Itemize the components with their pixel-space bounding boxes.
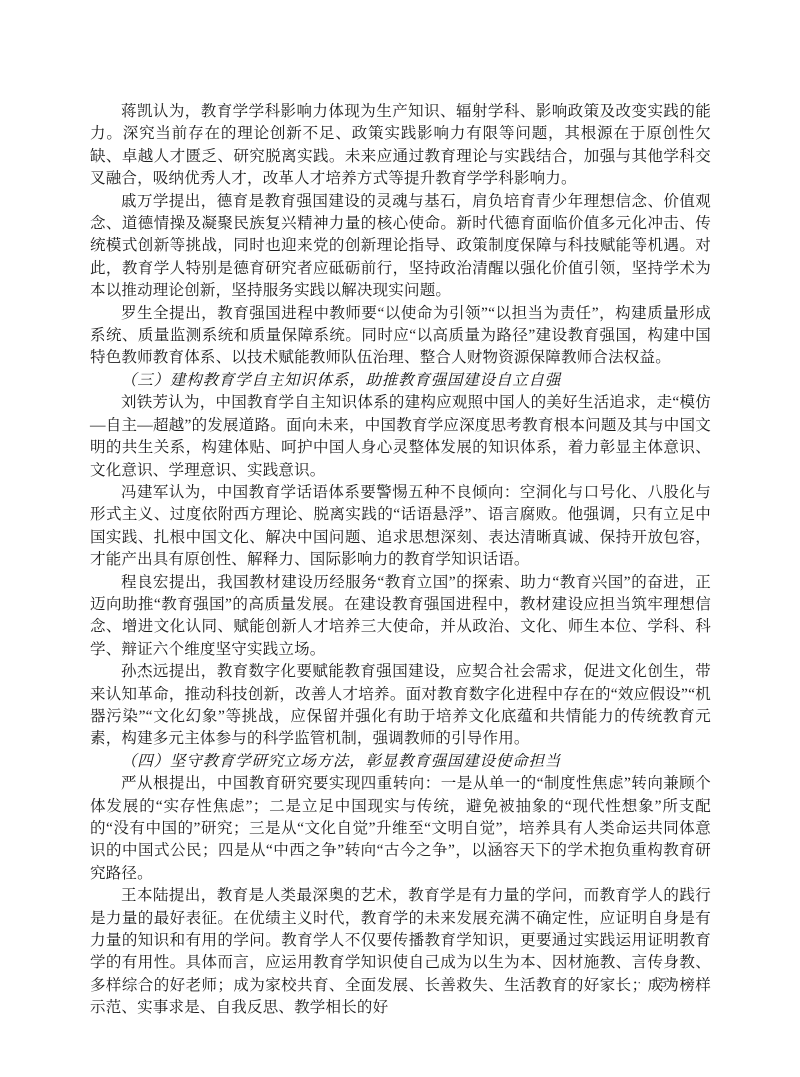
paragraph: 刘铁芳认为，中国教育学自主知识体系的建构应观照中国人的美好生活追求，走“模仿—自…: [90, 392, 711, 482]
paragraph: 蒋凯认为，教育学学科影响力体现为生产知识、辐射学科、影响政策及改变实践的能力。深…: [90, 101, 711, 191]
section-heading: （三）建构教育学自主知识体系，助推教育强国建设自立自强: [90, 370, 711, 392]
paragraph: 程良宏提出，我国教材建设历经服务“教育立国”的探索、助力“教育兴国”的奋进，正迈…: [90, 572, 711, 662]
section-heading: （四）坚守教育学研究立场方法，彰显教育强国建设使命担当: [90, 751, 711, 773]
paragraph: 戚万学提出，德育是教育强国建设的灵魂与基石，肩负培育青少年理想信念、价值观念、道…: [90, 191, 711, 303]
paragraph: 孙杰远提出，教育数字化要赋能教育强国建设，应契合社会需求，促进文化创生，带来认知…: [90, 661, 711, 751]
paragraph: 冯建军认为，中国教育学话语体系要警惕五种不良倾向：空洞化与口号化、八股化与形式主…: [90, 482, 711, 572]
page-number: · 157 ·: [615, 975, 715, 991]
paragraph: 王本陆提出，教育是人类最深奥的艺术，教育学是有力量的学问，而教育学人的践行是力量…: [90, 885, 711, 1019]
paragraph: 严从根提出，中国教育研究要实现四重转向：一是从单一的“制度性焦虑”转向兼顾个体发…: [90, 773, 711, 885]
document-page: 蒋凯认为，教育学学科影响力体现为生产知识、辐射学科、影响政策及改变实践的能力。深…: [0, 0, 800, 1077]
page-body-text: 蒋凯认为，教育学学科影响力体现为生产知识、辐射学科、影响政策及改变实践的能力。深…: [90, 101, 711, 1020]
paragraph: 罗生全提出，教育强国进程中教师要“以使命为引领”“以担当为责任”，构建质量形成系…: [90, 303, 711, 370]
